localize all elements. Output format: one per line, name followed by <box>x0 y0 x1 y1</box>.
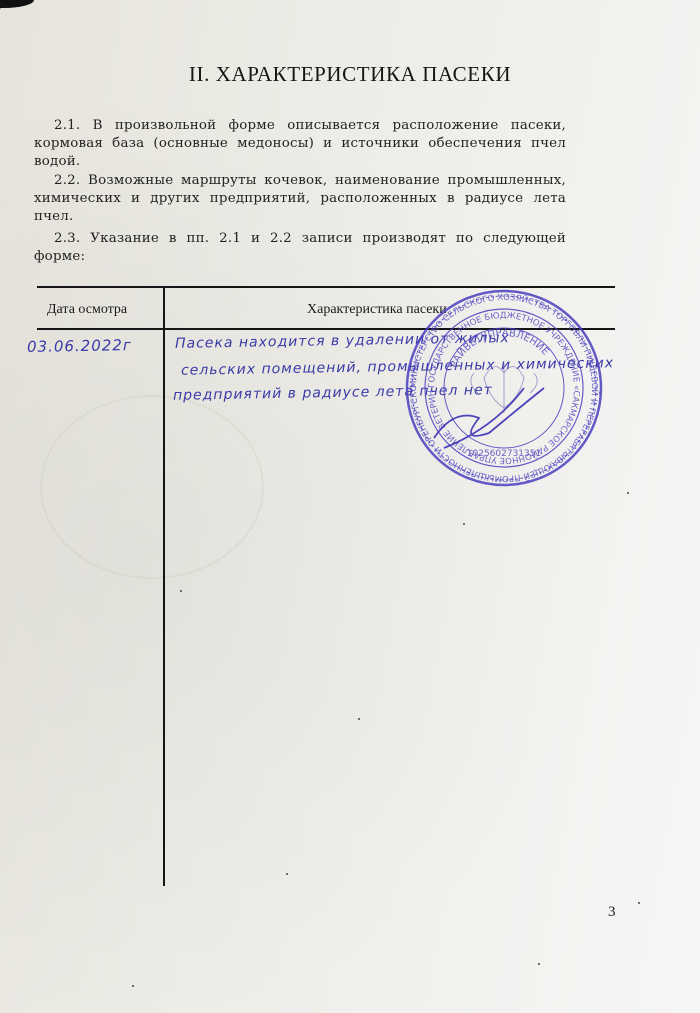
document-page: II. ХАРАКТЕРИСТИКА ПАСЕКИ 2.1. В произво… <box>0 0 700 1013</box>
paragraph-2-2: 2.2. Возможные маршруты кочевок, наимено… <box>34 172 566 226</box>
paper-speck <box>358 718 360 720</box>
paper-speck <box>180 590 182 592</box>
paper-speck <box>638 902 640 904</box>
paper-speck <box>463 523 465 525</box>
official-stamp-icon: МИНИСТЕРСТВО СЕЛЬСКОГО ХОЗЯЙСТВА ТОРГОВЛ… <box>404 288 604 488</box>
paragraph-2-1: 2.1. В произвольной форме описывается ра… <box>34 117 566 171</box>
table-cell-date: 03.06.2022г <box>27 336 132 356</box>
section-title: II. ХАРАКТЕРИСТИКА ПАСЕКИ <box>0 62 700 87</box>
paragraph-2-3: 2.3. Указание в пп. 2.1 и 2.2 записи про… <box>34 230 566 266</box>
paper-speck <box>286 873 288 875</box>
page-corner-shadow <box>0 0 34 8</box>
header-inspection-date: Дата осмотра <box>47 302 127 318</box>
svg-text:1025602731351: 1025602731351 <box>467 449 541 459</box>
page-number: 3 <box>608 904 616 921</box>
table-column-divider <box>163 286 165 886</box>
paper-speck <box>132 985 134 987</box>
paper-speck <box>538 963 540 965</box>
paper-speck <box>627 492 629 494</box>
